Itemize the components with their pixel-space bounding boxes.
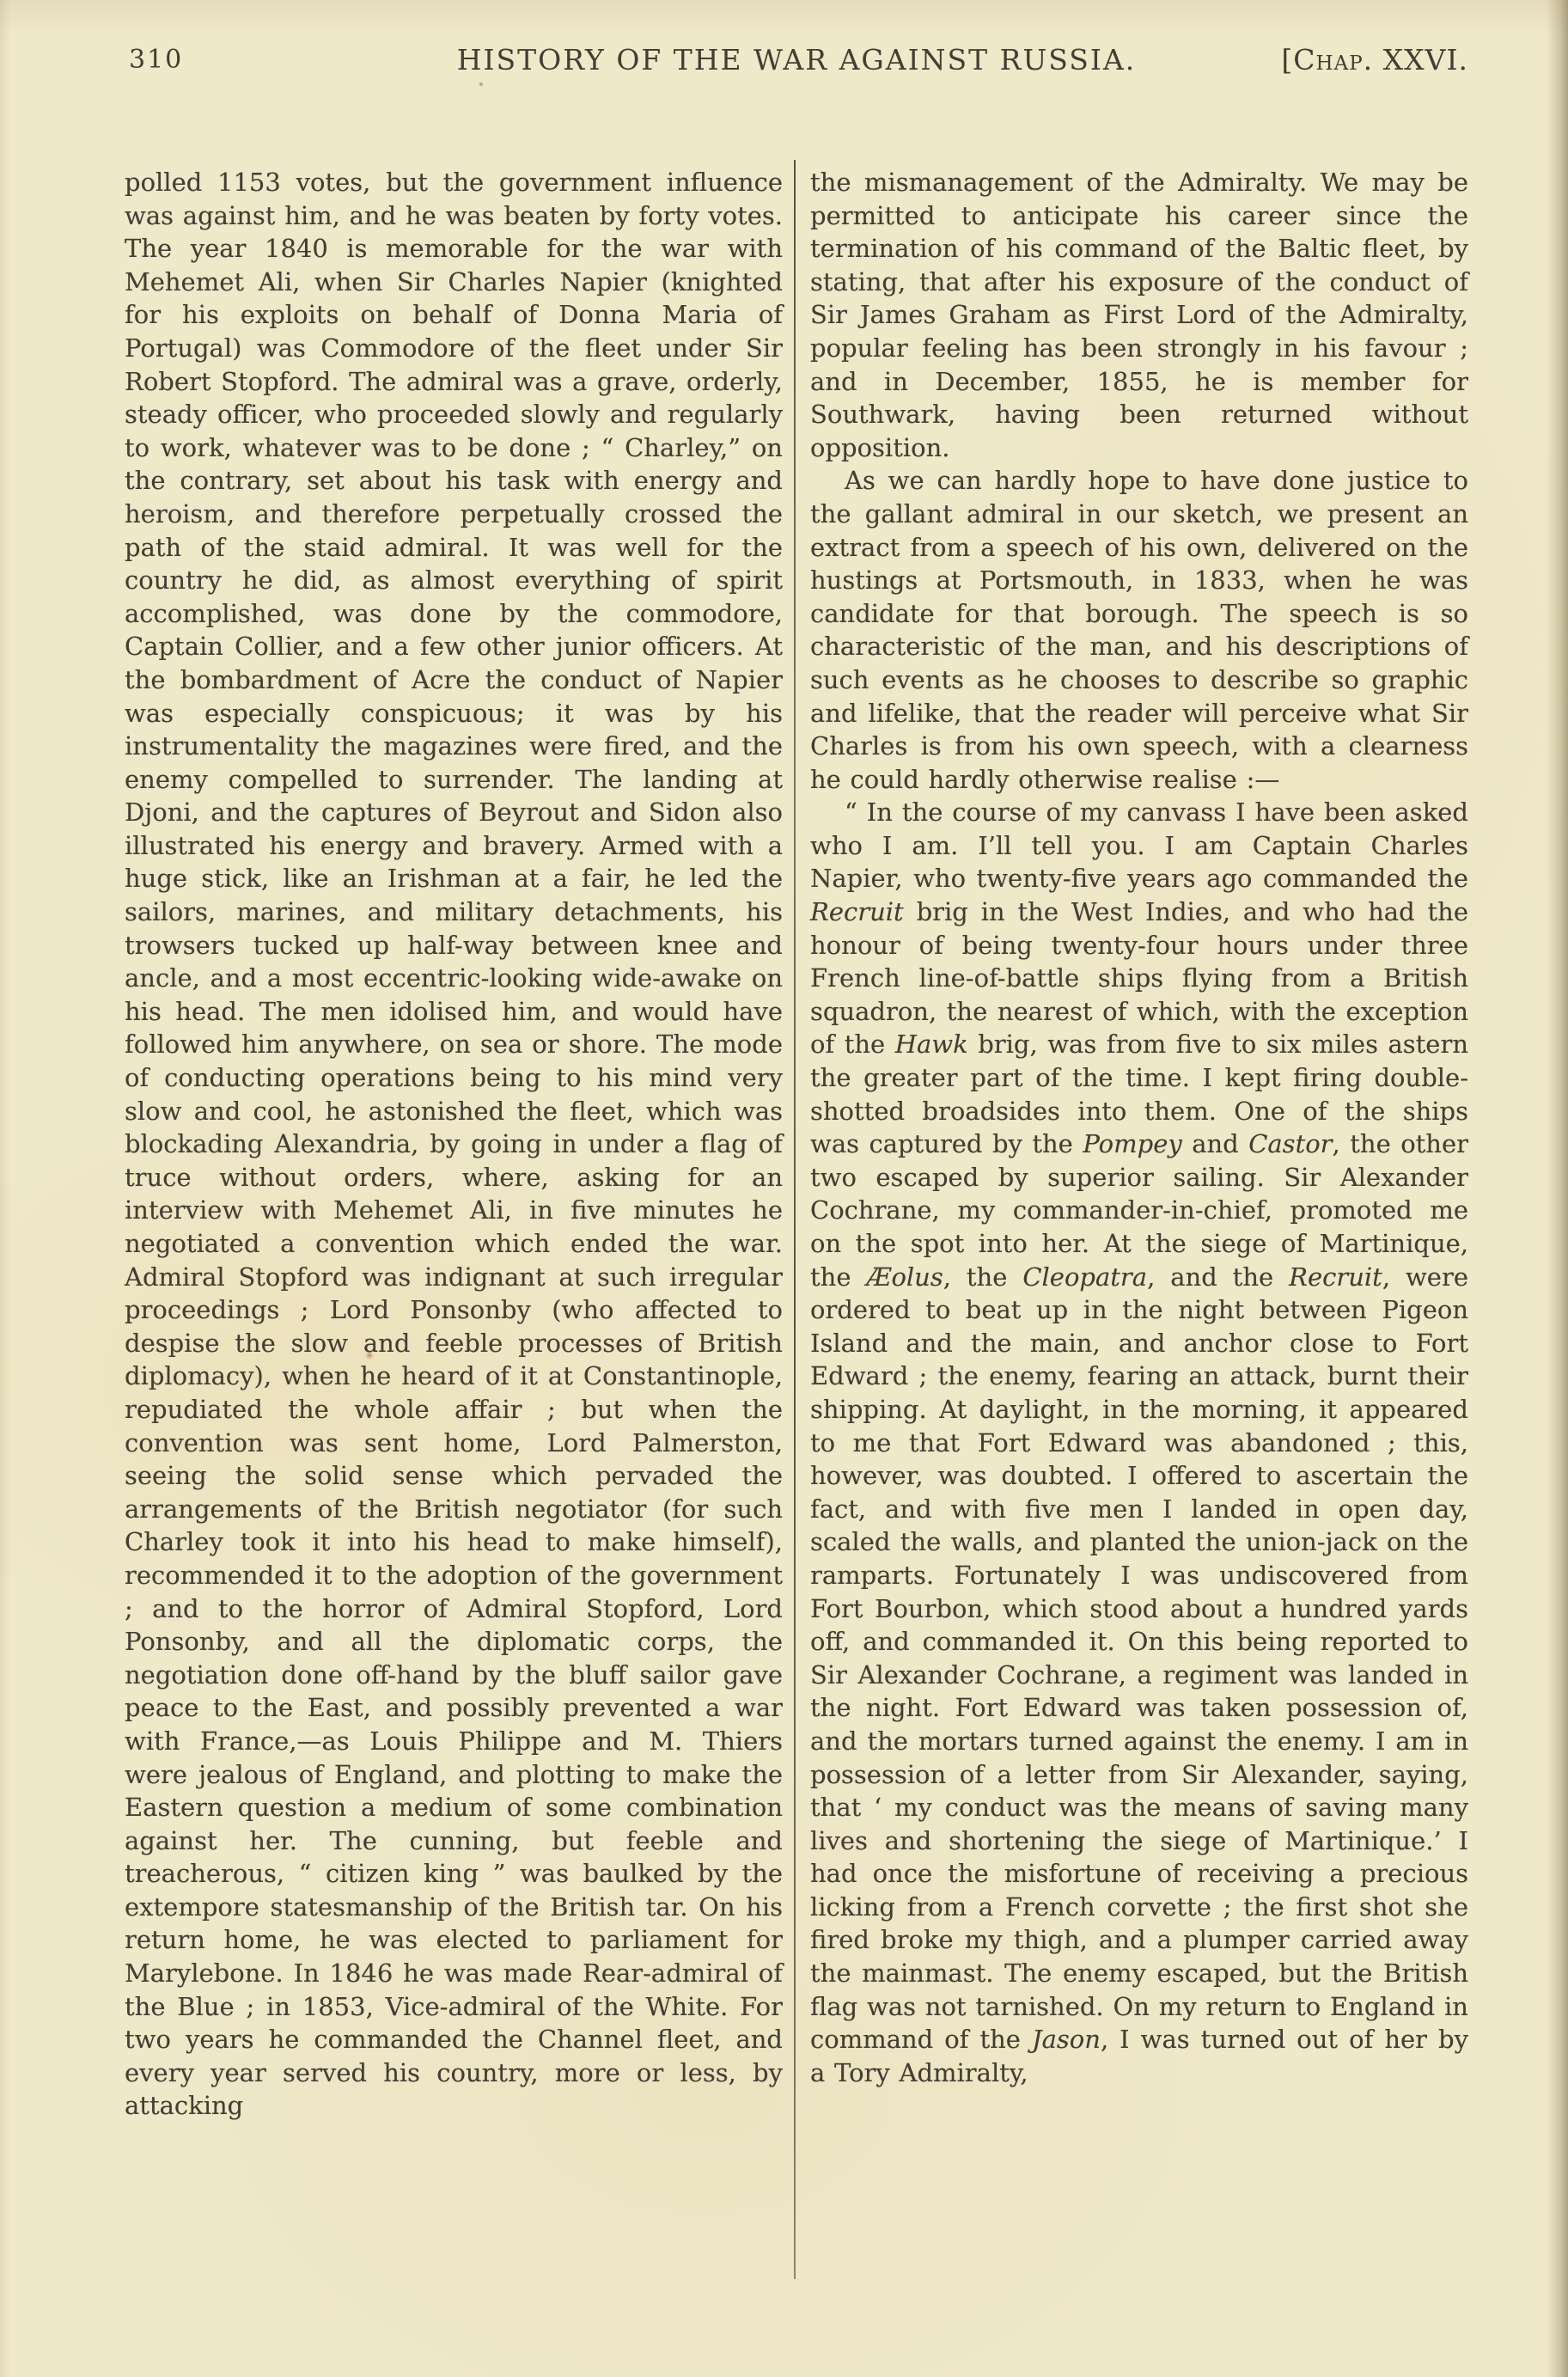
page-number: 310 xyxy=(129,45,183,75)
book-page: 310 HISTORY OF THE WAR AGAINST RUSSIA. [… xyxy=(0,0,1568,2377)
left-column-paragraph: polled 1153 votes, but the government in… xyxy=(125,166,783,2123)
right-column-paragraph-2: As we can hardly hope to have done justi… xyxy=(810,464,1468,796)
right-column-paragraph-1: the mismanagement of the Admiralty. We m… xyxy=(810,166,1468,464)
right-column-paragraph-3: “ In the course of my canvass I have bee… xyxy=(810,796,1468,2089)
right-column: the mismanagement of the Admiralty. We m… xyxy=(810,166,1468,2089)
chapter-label: [Chap. XXVI. xyxy=(1281,43,1468,76)
running-title: HISTORY OF THE WAR AGAINST RUSSIA. xyxy=(457,43,1137,76)
left-column: polled 1153 votes, but the government in… xyxy=(125,166,783,2123)
column-divider-rule xyxy=(794,160,796,2279)
